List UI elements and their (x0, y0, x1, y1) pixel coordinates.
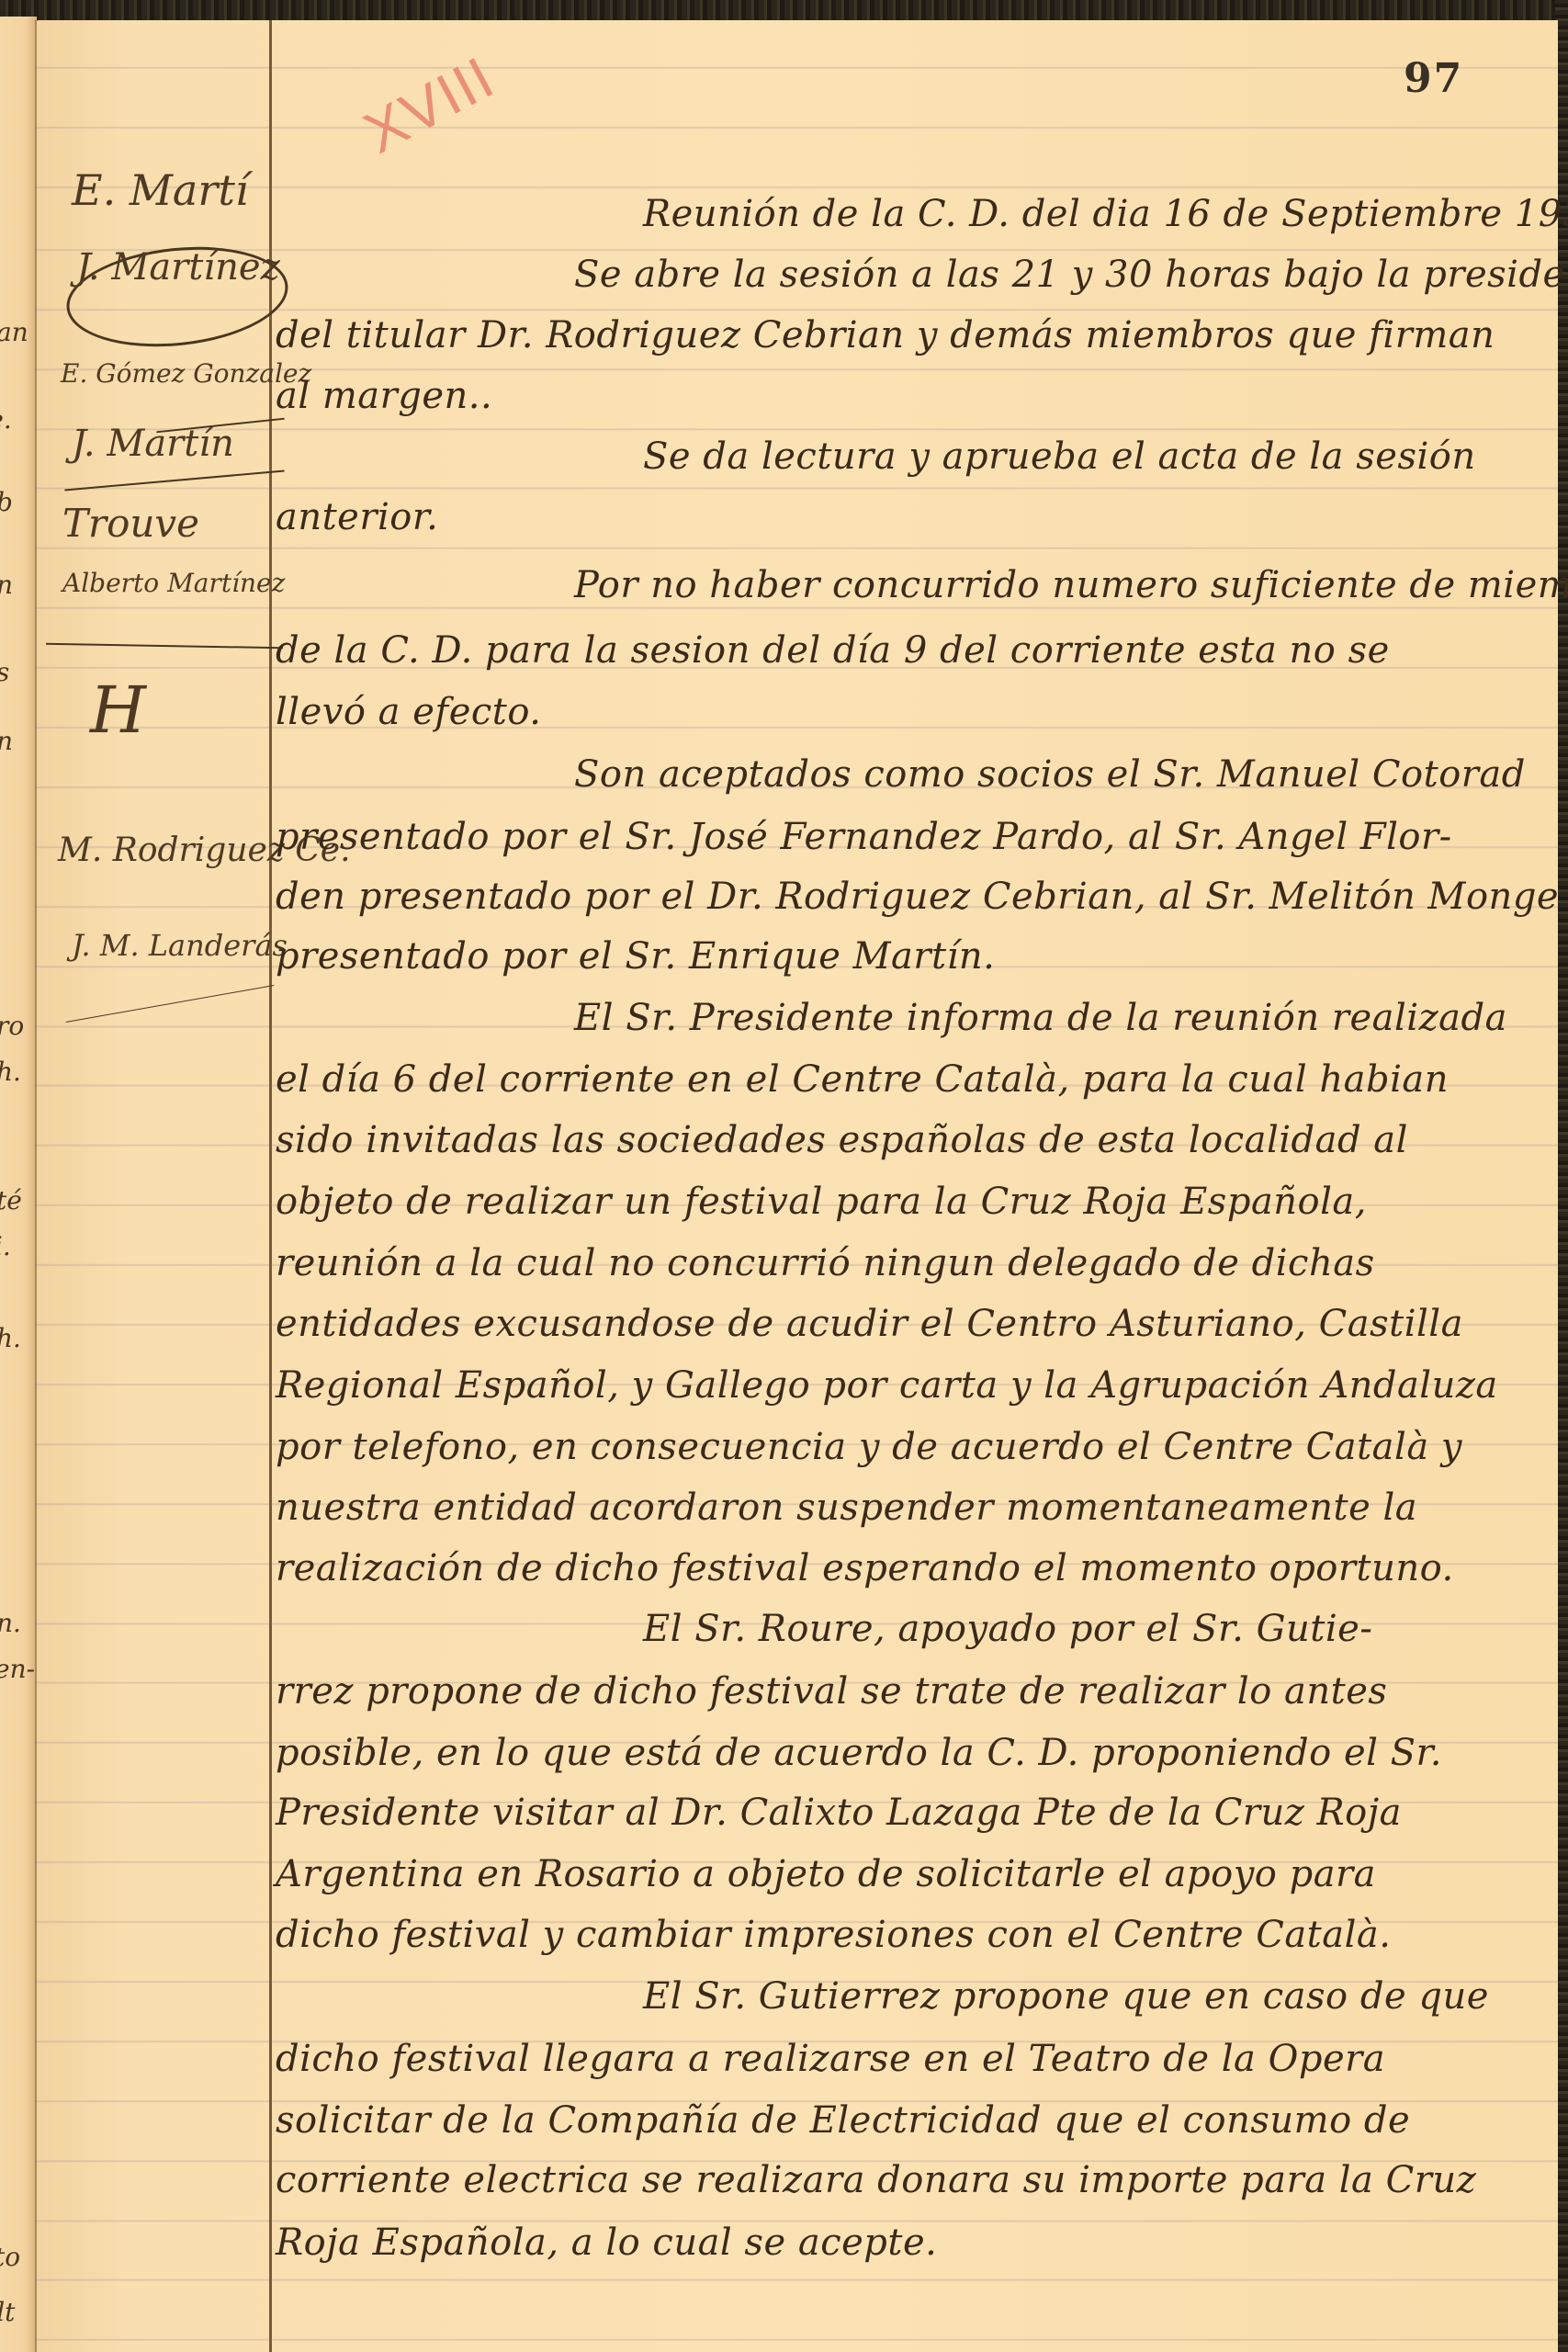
previous-page-text-fragment: té (0, 1185, 22, 1216)
red-pencil-folio-mark: XVIII (353, 42, 505, 166)
previous-page-text-fragment: n (0, 570, 13, 600)
minutes-line: dicho festival llegara a realizarse en e… (276, 2038, 1385, 2080)
signature-underline (64, 470, 284, 492)
member-signature: Alberto Martínez (62, 568, 285, 598)
minutes-line: sido invitadas las sociedades españolas … (276, 1119, 1408, 1161)
minutes-line: Presidente visitar al Dr. Calixto Lazaga… (276, 1792, 1402, 1834)
minutes-line: de la C. D. para la sesion del día 9 del… (276, 629, 1390, 672)
previous-page-text-fragment: nto (0, 2242, 20, 2272)
minutes-line: Se abre la sesión a las 21 y 30 horas ba… (574, 254, 1568, 296)
minutes-line: llevó a efecto. (276, 691, 541, 733)
member-signature: H (90, 673, 146, 748)
member-signature: Trouve (62, 501, 199, 546)
signature-underline (66, 985, 275, 1023)
minutes-line: al margen.. (276, 375, 492, 417)
ledger-page: XVIII 97 E. MartíJ. MartínezE. Gómez Gon… (35, 20, 1558, 2352)
previous-page-text-fragment: di. (0, 1231, 11, 1261)
previous-page-text-fragment: h. (0, 1057, 21, 1087)
member-signature: J. M. Landerás (72, 928, 288, 963)
minutes-line: dicho festival y cambiar impresiones con… (276, 1914, 1391, 1956)
minutes-line: solicitar de la Compañía de Electricidad… (276, 2099, 1410, 2142)
minutes-line: anterior. (276, 496, 438, 538)
member-signature: J. Martín (72, 423, 234, 465)
previous-page-text-fragment: Alt (0, 2297, 15, 2327)
previous-page-text-fragment: h. (0, 1323, 21, 1353)
signature-divider (46, 643, 283, 650)
member-signature: E. Martí (72, 165, 249, 215)
minutes-line: El Sr. Presidente informa de la reunión … (574, 997, 1507, 1039)
minutes-line: entidades excusandose de acudir el Centr… (276, 1303, 1463, 1345)
member-signature: J. Martínez (76, 246, 280, 288)
minutes-line: Son aceptados como socios el Sr. Manuel … (574, 753, 1526, 796)
member-signature: E. Gómez Gonzalez (61, 358, 311, 389)
minutes-line: por telefono, en consecuencia y de acuer… (276, 1426, 1462, 1468)
minutes-line: Se da lectura y aprueba el acta de la se… (643, 435, 1476, 478)
minutes-line: presentado por el Sr. Enrique Martín. (276, 935, 995, 978)
minutes-line: reunión a la cual no concurrió ningun de… (276, 1242, 1375, 1284)
page-left-edge-line (35, 20, 37, 2352)
previous-page-text-fragment: ro (0, 1011, 24, 1041)
minutes-line: Por no haber concurrido numero suficient… (574, 564, 1568, 606)
previous-page-text-fragment: uen- (0, 1654, 35, 1684)
minutes-heading: Reunión de la C. D. del dia 16 de Septie… (643, 193, 1568, 235)
minutes-line: corriente electrica se realizara donara … (276, 2159, 1476, 2201)
previous-page-text-fragment: n. (0, 1608, 21, 1638)
page-number: 97 (1404, 55, 1463, 102)
previous-page-edge: ante.bnsnroh.tédi.h.n.uen-ntoAlt (0, 17, 37, 2352)
minutes-line: den presentado por el Dr. Rodriguez Cebr… (276, 876, 1559, 918)
previous-page-text-fragment: an (0, 317, 28, 347)
minutes-line: El Sr. Gutierrez propone que en caso de … (643, 1975, 1489, 2018)
minutes-line: realización de dicho festival esperando … (276, 1547, 1454, 1589)
minutes-line: Argentina en Rosario a objeto de solicit… (276, 1853, 1376, 1895)
previous-page-text-fragment: te. (0, 404, 12, 435)
minutes-line: rrez propone de dicho festival se trate … (276, 1670, 1387, 1713)
previous-page-text-fragment: n (0, 726, 13, 756)
margin-signatures: E. MartíJ. MartínezE. Gómez GonzalezJ. M… (46, 20, 266, 1077)
minutes-line: presentado por el Sr. José Fernandez Par… (276, 816, 1452, 858)
minutes-line: El Sr. Roure, apoyado por el Sr. Gutie- (643, 1608, 1372, 1650)
minutes-line: Regional Español, y Gallego por carta y … (276, 1364, 1498, 1407)
minutes-line: objeto de realizar un festival para la C… (276, 1181, 1367, 1223)
minutes-line: Roja Española, a lo cual se acepte. (276, 2222, 937, 2264)
previous-page-text-fragment: b (0, 487, 13, 517)
minutes-line: del titular Dr. Rodriguez Cebrian y demá… (276, 314, 1495, 356)
minutes-line: nuestra entidad acordaron suspender mome… (276, 1487, 1417, 1529)
minutes-line: el día 6 del corriente en el Centre Cata… (276, 1058, 1449, 1101)
previous-page-text-fragment: s (0, 657, 9, 687)
minutes-line: posible, en lo que está de acuerdo la C.… (276, 1732, 1442, 1774)
